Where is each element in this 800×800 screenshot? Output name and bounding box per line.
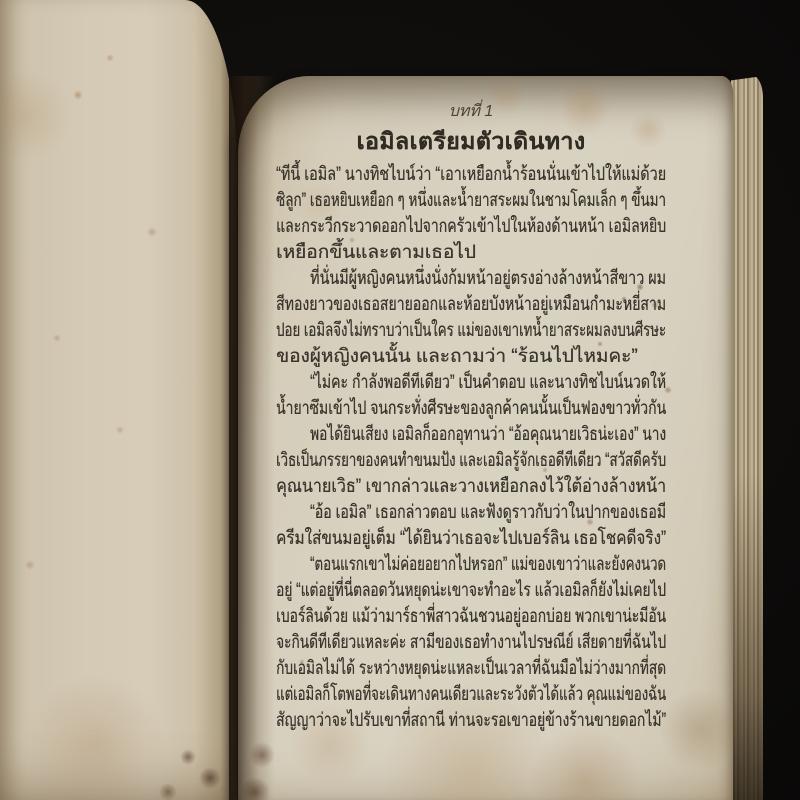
text-line-content: ของผู้หญิงคนนั้น และถามว่า “ร้อนไปไหมคะ”: [276, 344, 638, 370]
text-line-content: เบอร์ลินด้วย แม้ว่ามาร์ธาพี่สาวฉันชวนอยู…: [276, 604, 666, 630]
text-line-content: “อ้อ เอมิล” เธอกล่าวตอบ และฟังดูราวกับว่…: [310, 500, 666, 526]
text-line-content: ปอย เอมิลจึงไม่ทราบว่าเป็นใคร แม่ของเขาเ…: [276, 318, 666, 344]
text-line: แต่เอมิลก็โตพอที่จะเดินทางคนเดียวและระวั…: [276, 682, 666, 708]
text-line: น้ำยาซึมเข้าไป จนกระทั่งศีรษะของลูกค้าคน…: [276, 396, 666, 422]
text-line-content: สัญญาว่าจะไปรับเขาที่สถานี ท่านจะรอเขาอย…: [276, 708, 666, 734]
text-line-content: “ตอนแรกเขาไม่ค่อยอยากไปหรอก” แม่ของเขาว่…: [310, 552, 666, 578]
left-blank-page: [0, 0, 237, 800]
page-title: เอมิลเตรียมตัวเดินทาง: [276, 124, 666, 160]
book-photo: บทที่ 1 เอมิลเตรียมตัวเดินทาง “ทีนี้ เอม…: [0, 0, 800, 800]
text-line: “ตอนแรกเขาไม่ค่อยอยากไปหรอก” แม่ของเขาว่…: [276, 552, 666, 578]
text-line-content: เหยือกขึ้นและตามเธอไป: [276, 240, 476, 266]
text-line: ปอย เอมิลจึงไม่ทราบว่าเป็นใคร แม่ของเขาเ…: [276, 318, 666, 344]
text-line-content: สีทองยาวของเธอสยายออกและห้อยบังหน้าอยู่เ…: [276, 292, 666, 318]
text-line-content: คุณนายเวิธ” เขากล่าวและวางเหยือกลงไว้ใต้…: [276, 474, 666, 500]
text-line: อยู่ “แต่อยู่ที่นี่ตลอดวันหยุดน่ะเขาจะทำ…: [276, 578, 666, 604]
text-line: “ไม่คะ กำลังพอดีทีเดียว” เป็นคำตอบ และนา…: [276, 370, 666, 396]
text-line: กับเอมิลไม่ได้ ระหว่างหยุดน่ะแหละเป็นเวล…: [276, 656, 666, 682]
text-line: พอได้ยินเสียง เอมิลก็ออกอุทานว่า “อ้อคุณ…: [276, 422, 666, 448]
text-line-content: ครีมใส่ขนมอยู่เต็ม “ได้ยินว่าเธอจะไปเบอร…: [276, 526, 666, 552]
text-line-content: “ทีนี้ เอมิล” นางทิชไบน์ว่า “เอาเหยือกน้…: [276, 162, 666, 188]
text-line: ซิลูก” เธอหยิบเหยือก ๆ หนึ่งและน้ำยาสระผ…: [276, 188, 666, 214]
text-line-content: กับเอมิลไม่ได้ ระหว่างหยุดน่ะแหละเป็นเวล…: [276, 656, 666, 682]
text-line: และกระวีกระวาดออกไปจากครัวเข้าไปในห้องด้…: [276, 214, 666, 240]
text-line-content: แต่เอมิลก็โตพอที่จะเดินทางคนเดียวและระวั…: [276, 682, 666, 708]
text-line-content: และกระวีกระวาดออกไปจากครัวเข้าไปในห้องด้…: [276, 214, 666, 240]
text-line: ครีมใส่ขนมอยู่เต็ม “ได้ยินว่าเธอจะไปเบอร…: [276, 526, 666, 552]
text-line-content: “ไม่คะ กำลังพอดีทีเดียว” เป็นคำตอบ และนา…: [310, 370, 666, 396]
text-line: “อ้อ เอมิล” เธอกล่าวตอบ และฟังดูราวกับว่…: [276, 500, 666, 526]
chapter-label: บทที่ 1: [276, 99, 666, 124]
text-line: เบอร์ลินด้วย แม้ว่ามาร์ธาพี่สาวฉันชวนอยู…: [276, 604, 666, 630]
text-line: คุณนายเวิธ” เขากล่าวและวางเหยือกลงไว้ใต้…: [276, 474, 666, 500]
text-line: ของผู้หญิงคนนั้น และถามว่า “ร้อนไปไหมคะ”: [276, 344, 666, 370]
text-line: สัญญาว่าจะไปรับเขาที่สถานี ท่านจะรอเขาอย…: [276, 708, 666, 734]
text-line-content: พอได้ยินเสียง เอมิลก็ออกอุทานว่า “อ้อคุณ…: [310, 422, 666, 448]
text-line: เหยือกขึ้นและตามเธอไป: [276, 240, 666, 266]
text-line: “ทีนี้ เอมิล” นางทิชไบน์ว่า “เอาเหยือกน้…: [276, 162, 666, 188]
text-line: เวิธเป็นภรรยาของคนทำขนมปัง และเอมิลรู้จั…: [276, 448, 666, 474]
text-line-content: ซิลูก” เธอหยิบเหยือก ๆ หนึ่งและน้ำยาสระผ…: [276, 188, 666, 214]
text-line-content: เวิธเป็นภรรยาของคนทำขนมปัง และเอมิลรู้จั…: [276, 448, 666, 474]
text-line-content: น้ำยาซึมเข้าไป จนกระทั่งศีรษะของลูกค้าคน…: [276, 396, 666, 422]
text-line-content: จะกินดีทีเดียวแหละค่ะ สามีของเธอทำงานไปร…: [276, 630, 666, 656]
text-line: จะกินดีทีเดียวแหละค่ะ สามีของเธอทำงานไปร…: [276, 630, 666, 656]
printed-text-block: บทที่ 1 เอมิลเตรียมตัวเดินทาง “ทีนี้ เอม…: [276, 0, 666, 800]
text-line: ที่นั่นมีผู้หญิงคนหนึ่งนั่งก้มหน้าอยู่ตร…: [276, 266, 666, 292]
text-line-content: อยู่ “แต่อยู่ที่นี่ตลอดวันหยุดน่ะเขาจะทำ…: [276, 578, 666, 604]
body-text: “ทีนี้ เอมิล” นางทิชไบน์ว่า “เอาเหยือกน้…: [276, 162, 666, 734]
text-line-content: ที่นั่นมีผู้หญิงคนหนึ่งนั่งก้มหน้าอยู่ตร…: [310, 266, 666, 292]
page-stack-fore-edge: [731, 76, 763, 800]
text-line: สีทองยาวของเธอสยายออกและห้อยบังหน้าอยู่เ…: [276, 292, 666, 318]
